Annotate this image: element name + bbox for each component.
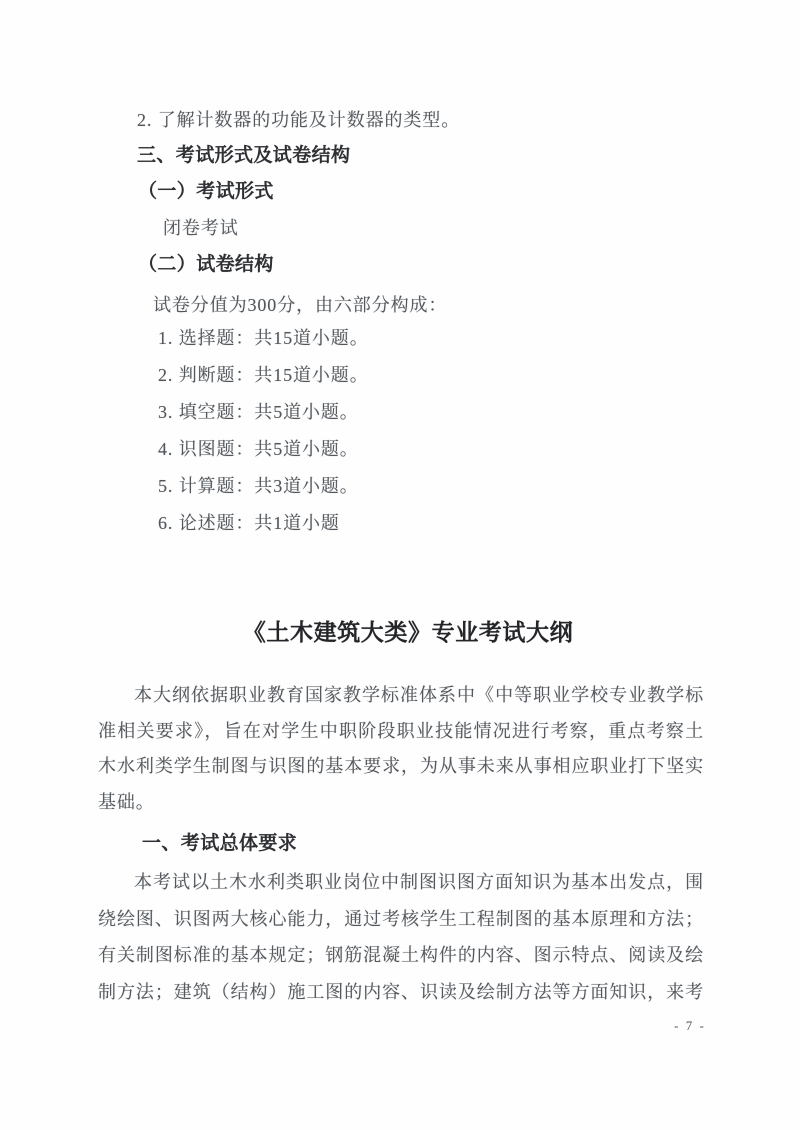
intro-paragraph-line: 基础。 [98, 785, 704, 821]
sub-heading-exam-format: （一）考试形式 [138, 182, 274, 201]
text-closed-book-exam: 闭卷考试 [163, 219, 239, 237]
intro-paragraph-line: 木水利类学生制图与识图的基本要求，为从事未来从事相应职业打下坚实 [98, 749, 704, 785]
text-score-composition: 试卷分值为300分，由六部分构成： [153, 296, 447, 314]
section-heading-exam-format-structure: 三、考试形式及试卷结构 [137, 146, 350, 165]
list-item-judgment-questions: 2. 判断题：共15道小题。 [158, 366, 369, 384]
intro-paragraph: 本大纲依据职业教育国家教学标准体系中《中等职业学校专业教学标 准相关要求》，旨在… [98, 678, 704, 821]
page-number: - 7 - [660, 1019, 720, 1032]
list-item-drawing-recognition-questions: 4. 识图题：共5道小题。 [158, 440, 359, 458]
list-item-calculation-questions: 5. 计算题：共3道小题。 [158, 477, 359, 495]
overall-requirements-paragraph: 本考试以土木水利类职业岗位中制图识图方面知识为基本出发点，围 绕绘图、识图两大核… [98, 864, 704, 1010]
list-item-fill-blank-questions: 3. 填空题：共5道小题。 [158, 403, 359, 421]
list-item-essay-questions: 6. 论述题：共1道小题 [158, 514, 340, 532]
intro-paragraph-line: 本大纲依据职业教育国家教学标准体系中《中等职业学校专业教学标 [98, 678, 704, 714]
section-heading-overall-requirements: 一、考试总体要求 [142, 834, 297, 853]
document-page: 2. 了解计数器的功能及计数器的类型。 三、考试形式及试卷结构 （一）考试形式 … [0, 0, 800, 1130]
requirements-paragraph-line: 绕绘图、识图两大核心能力，通过考核学生工程制图的基本原理和方法； [98, 901, 704, 938]
requirements-paragraph-line: 本考试以土木水利类职业岗位中制图识图方面知识为基本出发点，围 [98, 864, 704, 901]
intro-paragraph-line: 准相关要求》，旨在对学生中职阶段职业技能情况进行考察，重点考察土 [98, 714, 704, 750]
requirements-paragraph-line: 制方法；建筑（结构）施工图的内容、识读及绘制方法等方面知识，来考 [98, 974, 704, 1011]
list-line-counter-types: 2. 了解计数器的功能及计数器的类型。 [137, 111, 460, 129]
requirements-paragraph-line: 有关制图标准的基本规定；钢筋混凝土构件的内容、图示特点、阅读及绘 [98, 937, 704, 974]
sub-heading-paper-structure: （二）试卷结构 [138, 255, 274, 274]
page-title-civil-engineering-outline: 《土木建筑大类》专业考试大纲 [98, 620, 704, 646]
list-item-choice-questions: 1. 选择题：共15道小题。 [158, 329, 369, 347]
